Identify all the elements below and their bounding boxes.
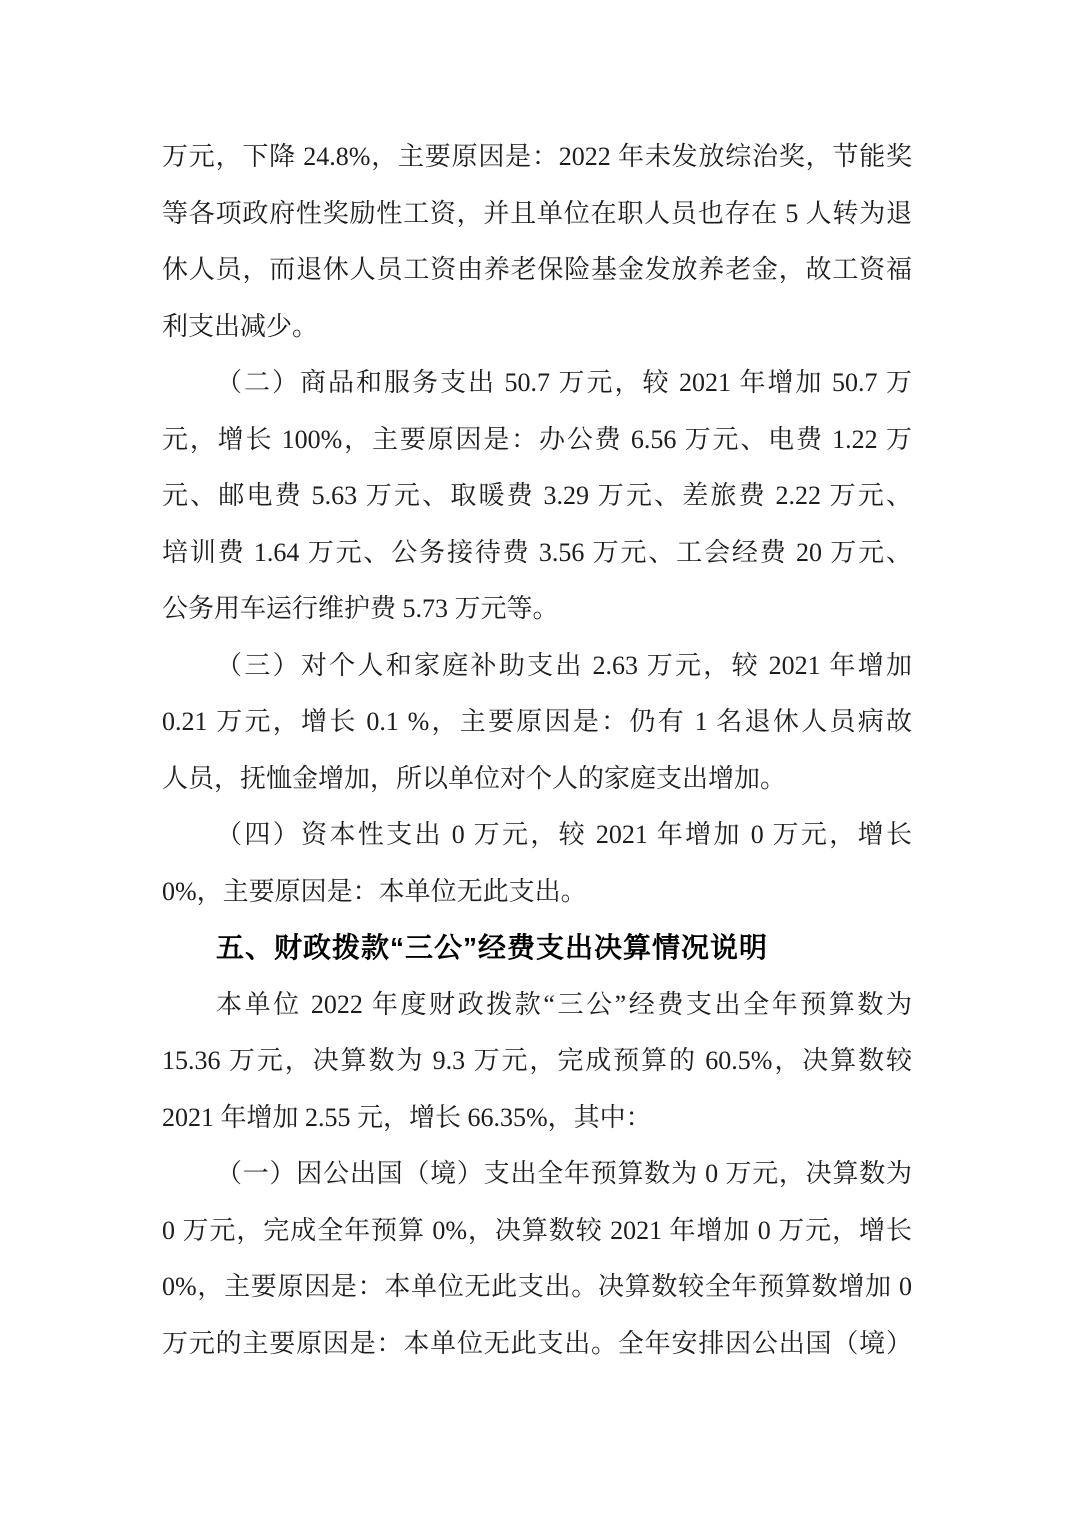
document-page: 万元，下降 24.8%，主要原因是：2022 年未发放综治奖，节能奖 等各项政府… [0, 0, 1074, 1520]
text-line: 人员，抚恤金增加，所以单位对个人的家庭支出增加。 [162, 751, 912, 808]
text-line: 0 万元，完成全年预算 0%，决算数较 2021 年增加 0 万元，增长 [162, 1203, 912, 1260]
text-line: 2021 年增加 2.55 元，增长 66.35%，其中： [162, 1090, 912, 1147]
text-line: 培训费 1.64 万元、公务接待费 3.56 万元、工会经费 20 万元、 [162, 525, 912, 582]
text-line: 公务用车运行维护费 5.73 万元等。 [162, 581, 912, 638]
text-line: 利支出减少。 [162, 299, 912, 356]
text-line: 0%，主要原因是：本单位无此支出。 [162, 864, 912, 921]
section-heading: 五、财政拨款“三公”经费支出决算情况说明 [162, 920, 912, 977]
text-line: 万元，下降 24.8%，主要原因是：2022 年未发放综治奖，节能奖 [162, 129, 912, 186]
text-line: 0.21 万元，增长 0.1 %，主要原因是：仍有 1 名退休人员病故 [162, 694, 912, 751]
text-line: 休人员，而退休人员工资由养老保险基金发放养老金，故工资福 [162, 242, 912, 299]
text-line: 万元的主要原因是：本单位无此支出。全年安排因公出国（境） [162, 1316, 912, 1373]
text-line: （一）因公出国（境）支出全年预算数为 0 万元，决算数为 [162, 1146, 912, 1203]
document-text-block: 万元，下降 24.8%，主要原因是：2022 年未发放综治奖，节能奖 等各项政府… [162, 129, 912, 1372]
text-line: （二）商品和服务支出 50.7 万元，较 2021 年增加 50.7 万 [162, 355, 912, 412]
text-line: 等各项政府性奖励性工资，并且单位在职人员也存在 5 人转为退 [162, 186, 912, 243]
text-line: 0%，主要原因是：本单位无此支出。决算数较全年预算数增加 0 [162, 1259, 912, 1316]
text-line: （三）对个人和家庭补助支出 2.63 万元，较 2021 年增加 [162, 638, 912, 695]
text-line: 15.36 万元，决算数为 9.3 万元，完成预算的 60.5%，决算数较 [162, 1033, 912, 1090]
text-line: 元、邮电费 5.63 万元、取暖费 3.29 万元、差旅费 2.22 万元、 [162, 468, 912, 525]
text-line: 本单位 2022 年度财政拨款“三公”经费支出全年预算数为 [162, 977, 912, 1034]
text-line: 元，增长 100%，主要原因是：办公费 6.56 万元、电费 1.22 万 [162, 412, 912, 469]
text-line: （四）资本性支出 0 万元，较 2021 年增加 0 万元，增长 [162, 807, 912, 864]
